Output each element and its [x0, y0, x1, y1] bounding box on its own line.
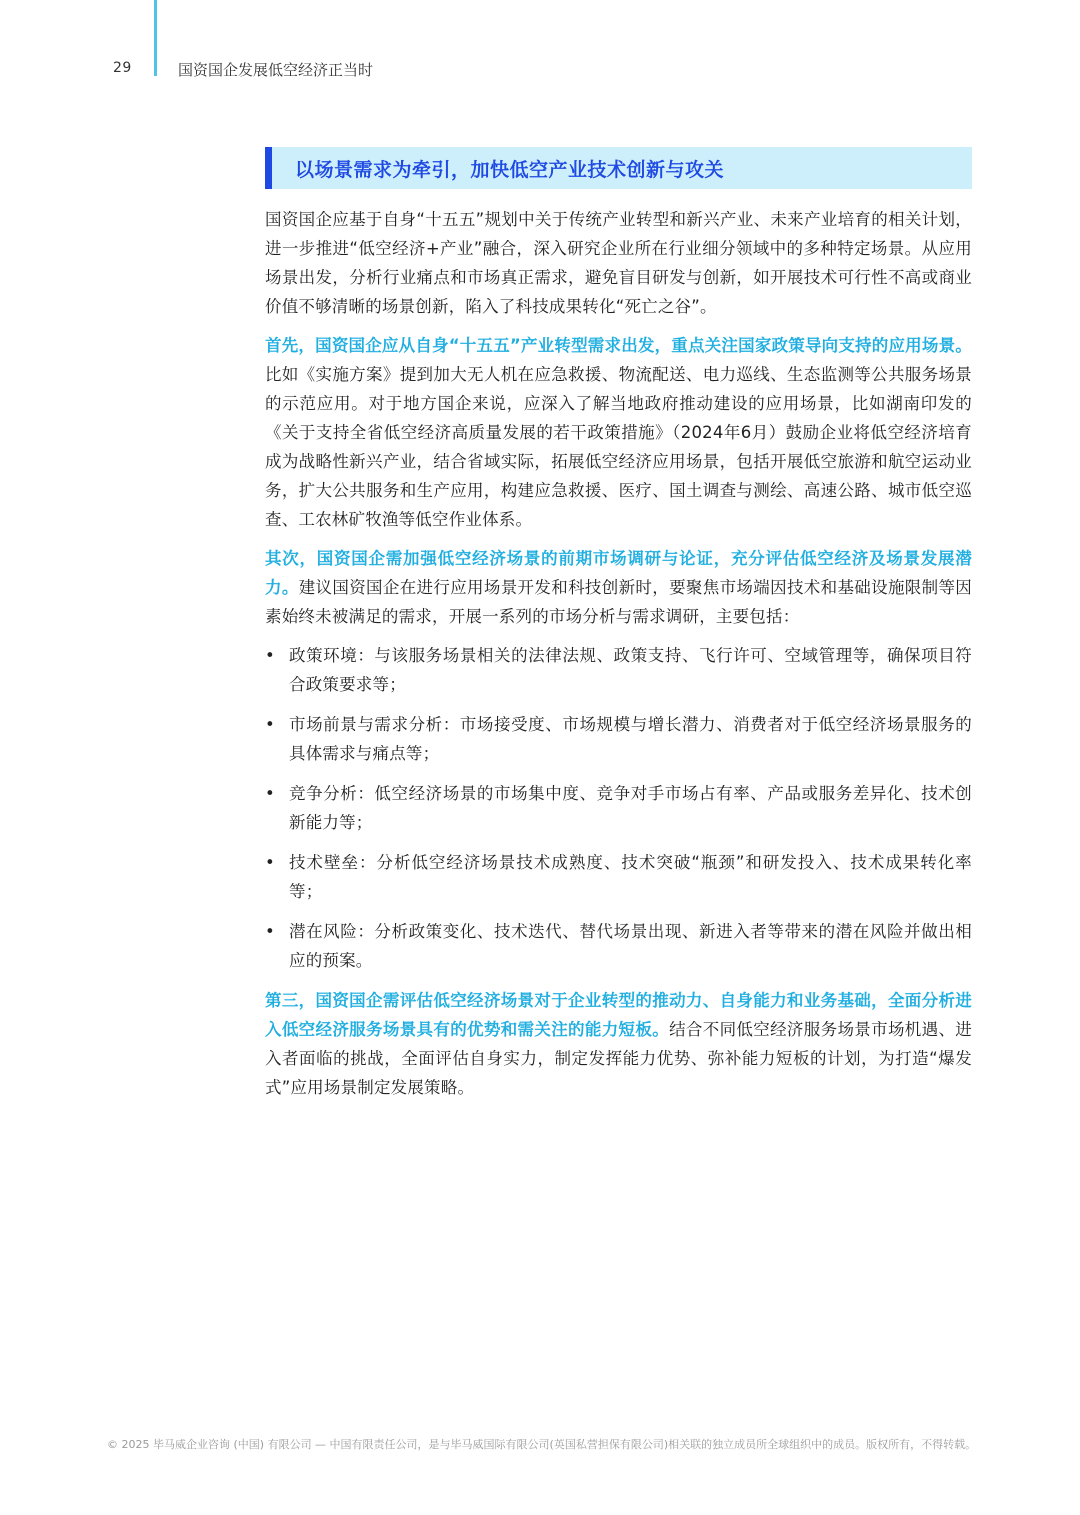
bullet-icon: • — [265, 779, 277, 808]
copyright-footer: © 2025 毕马威企业咨询 (中国) 有限公司 — 中国有限责任公司，是与毕马… — [107, 1438, 977, 1452]
list-item-text: 市场前景与需求分析：市场接受度、市场规模与增长潜力、消费者对于低空经济场景服务的… — [289, 715, 972, 763]
bullet-icon: • — [265, 641, 277, 670]
heading-accent-bar — [265, 147, 272, 189]
first-point-body: 比如《实施方案》提到加大无人机在应急救援、物流配送、电力巡线、生态监测等公共服务… — [265, 365, 972, 529]
list-item-text: 技术壁垒：分析低空经济场景技术成熟度、技术突破“瓶颈”和研发投入、技术成果转化率… — [289, 853, 972, 901]
first-point-highlight: 首先，国资国企应从自身“十五五”产业转型需求出发，重点关注国家政策导向支持的应用… — [265, 336, 972, 355]
list-item-competition-analysis: •竞争分析：低空经济场景的市场集中度、竞争对手市场占有率、产品或服务差异化、技术… — [265, 779, 972, 837]
bullet-icon: • — [265, 710, 277, 739]
page-number: 29 — [113, 60, 132, 76]
list-item-text: 潜在风险：分析政策变化、技术迭代、替代场景出现、新进入者等带来的潜在风险并做出相… — [289, 922, 972, 970]
list-item-policy-environment: •政策环境：与该服务场景相关的法律法规、政策支持、飞行许可、空域管理等，确保项目… — [265, 641, 972, 699]
list-item-market-outlook: •市场前景与需求分析：市场接受度、市场规模与增长潜力、消费者对于低空经济场景服务… — [265, 710, 972, 768]
list-item-technical-barriers: •技术壁垒：分析低空经济场景技术成熟度、技术突破“瓶颈”和研发投入、技术成果转化… — [265, 848, 972, 906]
running-title: 国资国企发展低空经济正当时 — [178, 59, 373, 80]
bullet-icon: • — [265, 917, 277, 946]
main-content: 以场景需求为牵引，加快低空产业技术创新与攻关 国资国企应基于自身“十五五”规划中… — [265, 147, 972, 1112]
section-heading-text: 以场景需求为牵引，加快低空产业技术创新与攻关 — [295, 155, 724, 182]
research-items-list: •政策环境：与该服务场景相关的法律法规、政策支持、飞行许可、空域管理等，确保项目… — [265, 641, 972, 975]
second-point-paragraph: 其次，国资国企需加强低空经济场景的前期市场调研与论证，充分评估低空经济及场景发展… — [265, 544, 972, 631]
first-point-paragraph: 首先，国资国企应从自身“十五五”产业转型需求出发，重点关注国家政策导向支持的应用… — [265, 331, 972, 534]
section-heading: 以场景需求为牵引，加快低空产业技术创新与攻关 — [265, 147, 972, 189]
intro-paragraph: 国资国企应基于自身“十五五”规划中关于传统产业转型和新兴产业、未来产业培育的相关… — [265, 205, 972, 321]
list-item-potential-risks: •潜在风险：分析政策变化、技术迭代、替代场景出现、新进入者等带来的潜在风险并做出… — [265, 917, 972, 975]
second-point-body: 建议国资国企在进行应用场景开发和科技创新时，要聚焦市场端因技术和基础设施限制等因… — [265, 578, 972, 626]
header-divider-rule — [154, 0, 157, 76]
bullet-icon: • — [265, 848, 277, 877]
list-item-text: 政策环境：与该服务场景相关的法律法规、政策支持、飞行许可、空域管理等，确保项目符… — [289, 646, 972, 694]
third-point-paragraph: 第三，国资国企需评估低空经济场景对于企业转型的推动力、自身能力和业务基础，全面分… — [265, 986, 972, 1102]
list-item-text: 竞争分析：低空经济场景的市场集中度、竞争对手市场占有率、产品或服务差异化、技术创… — [289, 784, 972, 832]
